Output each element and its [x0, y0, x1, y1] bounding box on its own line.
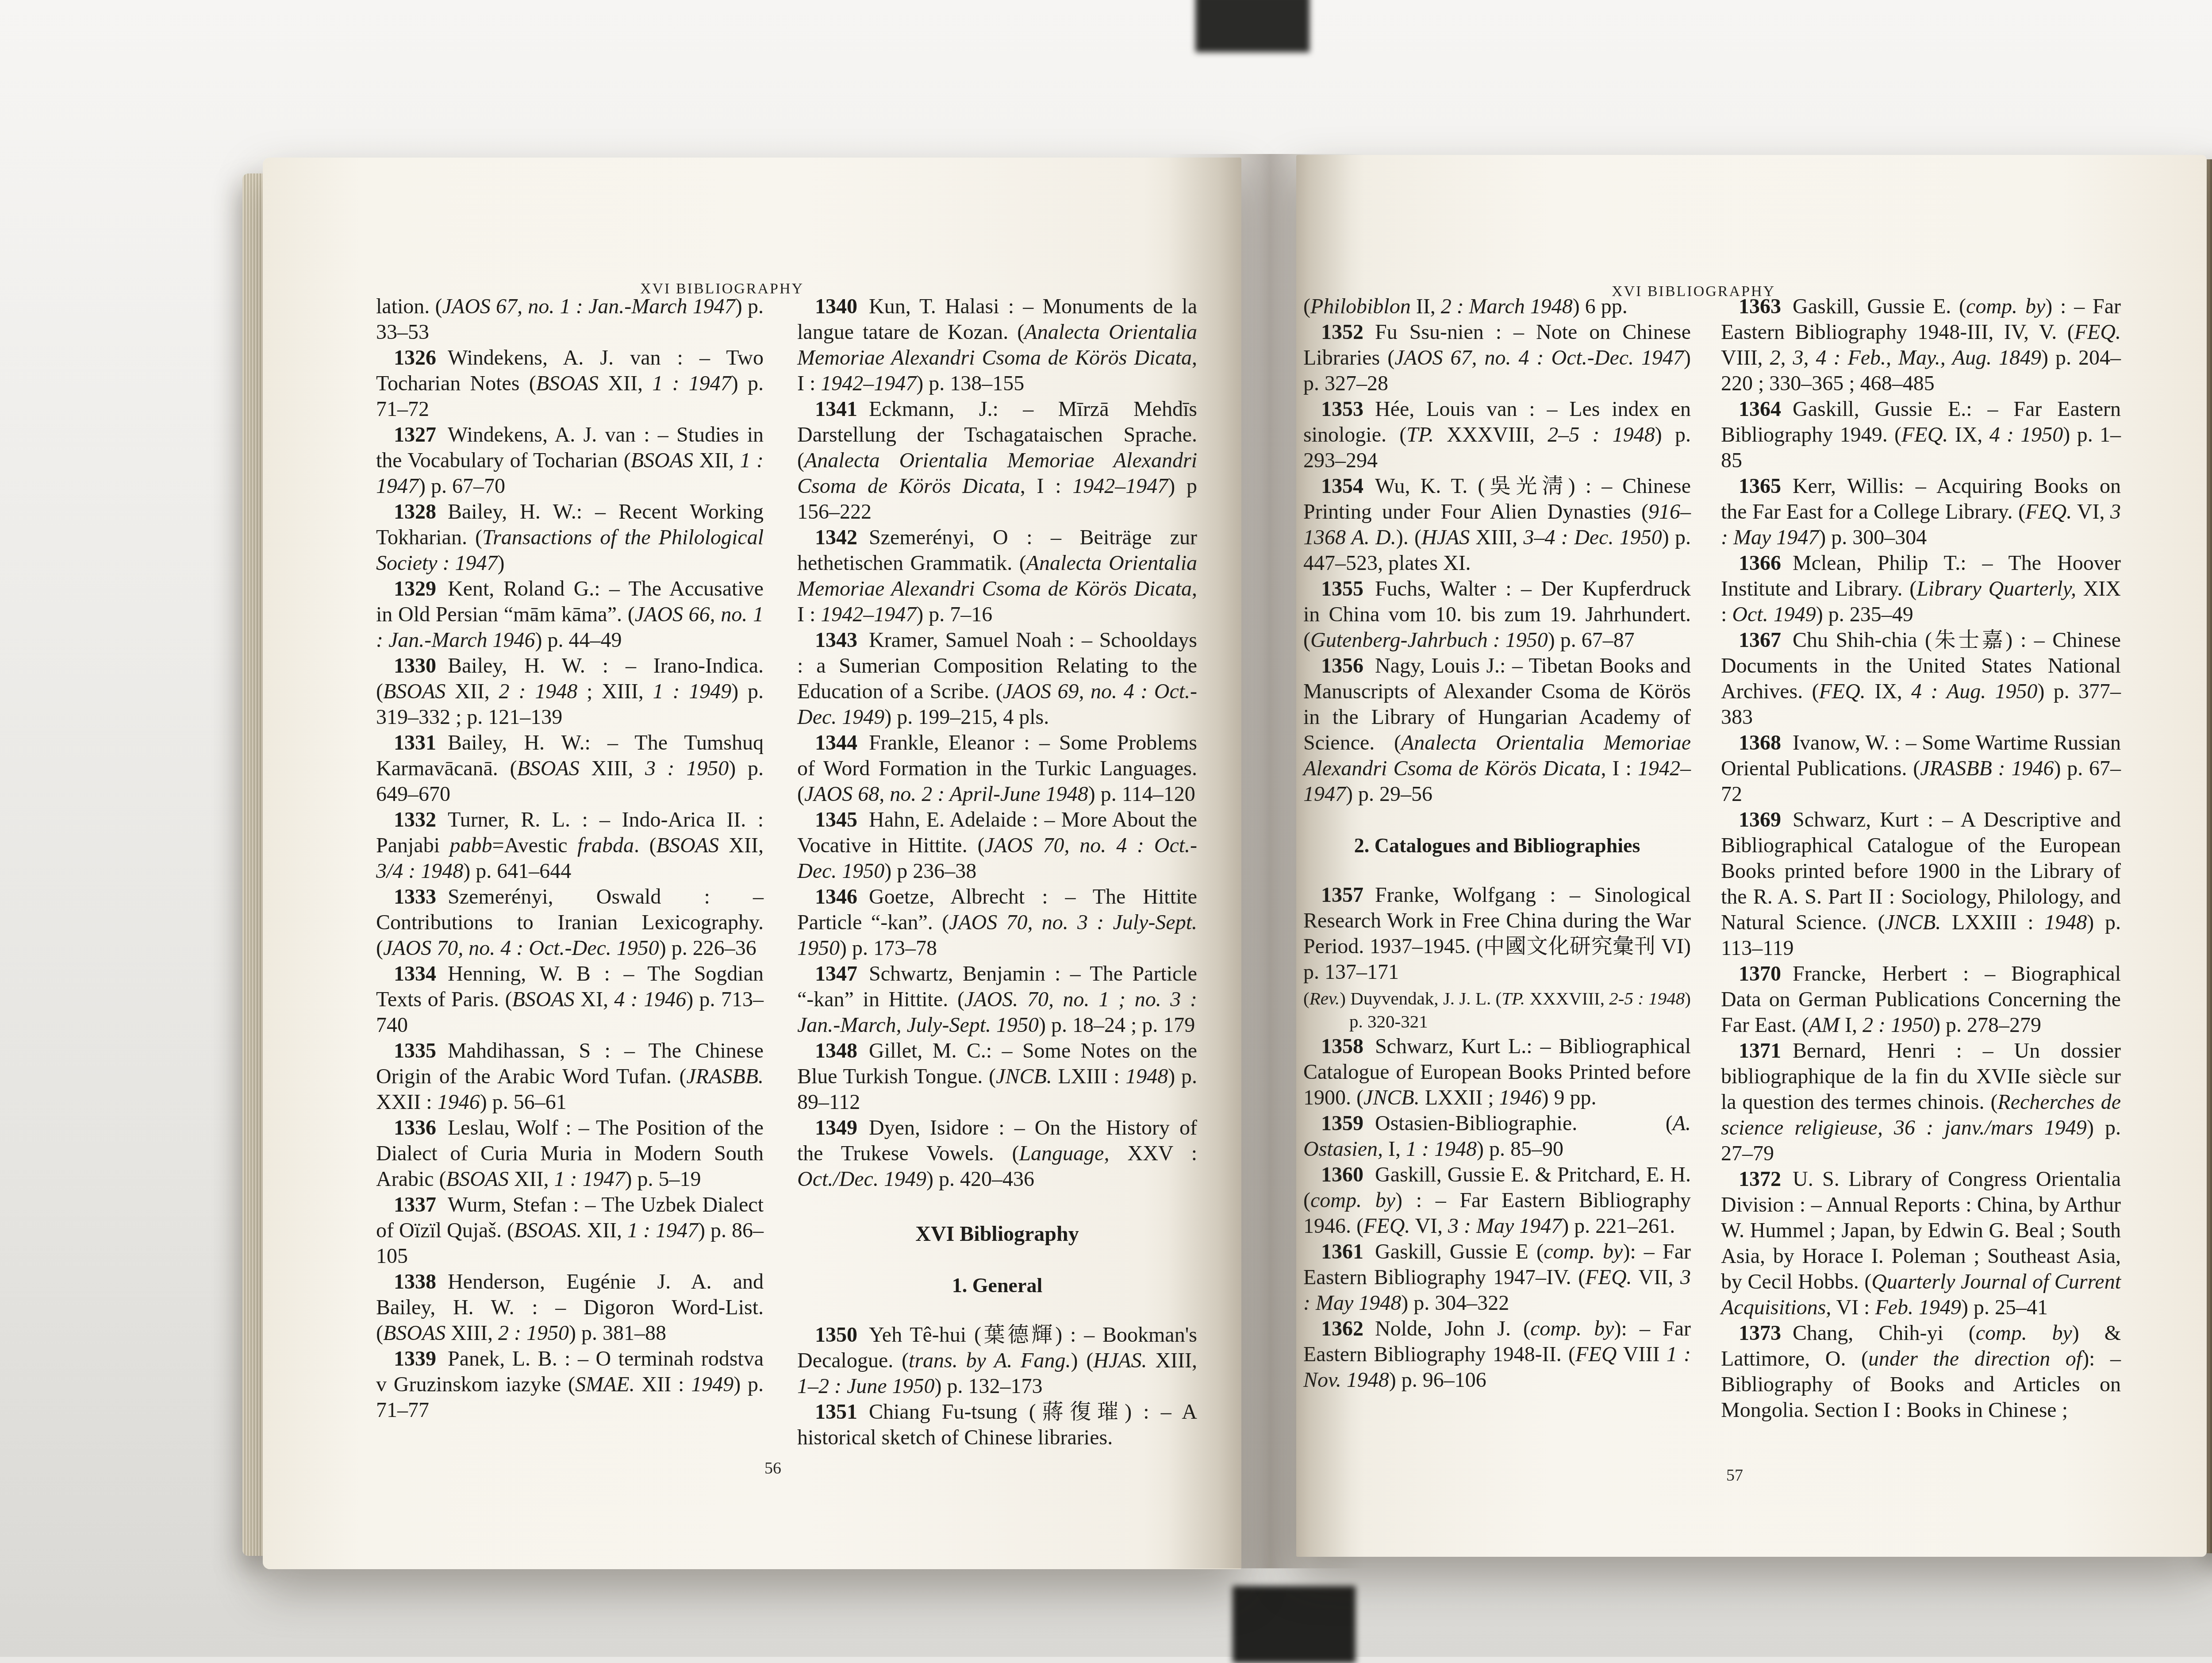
- bib-entry: 1334Henning, W. B : – The Sogdian Texts …: [376, 961, 764, 1038]
- bib-entry: 1326Windekens, A. J. van : – Two Tochari…: [376, 345, 764, 422]
- bib-entry: 1329Kent, Roland G.: – The Accusative in…: [376, 576, 764, 653]
- entry-number: 1359: [1321, 1112, 1363, 1135]
- entry-number: 1373: [1739, 1321, 1781, 1345]
- bib-entry: 1356Nagy, Louis J.: – Tibetan Books and …: [1303, 653, 1691, 807]
- bib-entry: 1350Yeh Tê-hui (葉德輝) : – Bookman's Decal…: [797, 1322, 1197, 1399]
- entry-number: 1334: [394, 962, 436, 985]
- bib-entry: 1333Szemerényi, Oswald : – Contributions…: [376, 884, 764, 961]
- entry-number: 1332: [394, 808, 436, 831]
- entry-number: 1362: [1321, 1317, 1363, 1340]
- entry-continuation: lation. (JAOS 67, no. 1 : Jan.-March 194…: [376, 294, 764, 345]
- bib-entry: 1344Frankle, Eleanor : – Some Problems o…: [797, 730, 1197, 807]
- review-note: (Rev.) Duyvendak, J. J. L. (TP. XXXVIII,…: [1303, 987, 1691, 1033]
- bib-entry: 1340Kun, T. Halasi : – Monuments de la l…: [797, 294, 1197, 397]
- entry-number: 1364: [1739, 397, 1781, 421]
- right-page-column-1: (Philobiblon II, 2 : March 1948) 6 pp.13…: [1303, 294, 1691, 1393]
- bib-entry: 1337Wurm, Stefan : – The Uzbek Dialect o…: [376, 1192, 764, 1269]
- entry-number: 1365: [1739, 474, 1781, 498]
- bib-entry: 1353Hée, Louis van : – Les index en sino…: [1303, 397, 1691, 473]
- book-stand-bar-bottom: [1233, 1586, 1356, 1657]
- bib-entry: 1371Bernard, Henri : – Un dossier biblio…: [1721, 1038, 2121, 1166]
- left-page-column-1: lation. (JAOS 67, no. 1 : Jan.-March 194…: [376, 294, 764, 1423]
- page-number-right: 57: [1726, 1466, 1743, 1485]
- entry-number: 1353: [1321, 397, 1363, 421]
- entry-number: 1357: [1321, 883, 1363, 907]
- entry-number: 1356: [1321, 654, 1363, 678]
- bib-entry: 1368Ivanow, W. : – Some Wartime Russian …: [1721, 730, 2121, 807]
- entry-number: 1331: [394, 731, 436, 755]
- bib-entry: 1373Chang, Chih-yi (comp. by) & Lattimor…: [1721, 1320, 2121, 1423]
- bib-entry: 1369Schwarz, Kurt : – A Descriptive and …: [1721, 807, 2121, 961]
- entry-number: 1346: [815, 885, 857, 908]
- entry-number: 1337: [394, 1193, 436, 1216]
- entry-number: 1369: [1739, 808, 1781, 831]
- bib-entry: 1328Bailey, H. W.: – Recent Working Tokh…: [376, 499, 764, 576]
- bib-entry: 1365Kerr, Willis: – Acquiring Books on t…: [1721, 473, 2121, 550]
- bib-entry: 1351Chiang Fu-tsung (蔣復璀) : – A historic…: [797, 1399, 1197, 1451]
- entry-number: 1328: [394, 500, 436, 524]
- bib-entry: 1357Franke, Wolfgang : – Sinological Res…: [1303, 882, 1691, 985]
- entry-number: 1336: [394, 1116, 436, 1139]
- bib-entry: 1363Gaskill, Gussie E. (comp. by) : – Fa…: [1721, 294, 2121, 397]
- entry-number: 1371: [1739, 1039, 1781, 1062]
- section-heading: XVI Bibliography: [797, 1221, 1197, 1247]
- bib-entry: 1341Eckmann, J.: – Mīrzā Mehdīs Darstell…: [797, 397, 1197, 525]
- entry-number: 1370: [1739, 962, 1781, 985]
- entry-number: 1363: [1739, 295, 1781, 318]
- entry-number: 1360: [1321, 1163, 1363, 1186]
- entry-number: 1361: [1321, 1240, 1363, 1263]
- entry-number: 1335: [394, 1039, 436, 1062]
- entry-number: 1333: [394, 885, 436, 908]
- bib-entry: 1348Gillet, M. C.: – Some Notes on the B…: [797, 1038, 1197, 1115]
- right-page-column-2: 1363Gaskill, Gussie E. (comp. by) : – Fa…: [1721, 294, 2121, 1423]
- bib-entry: 1362Nolde, John J. (comp. by): – Far Eas…: [1303, 1316, 1691, 1393]
- entry-number: 1355: [1321, 577, 1363, 601]
- bib-entry: 1352Fu Ssu-nien : – Note on Chinese Libr…: [1303, 320, 1691, 397]
- entry-number: 1329: [394, 577, 436, 601]
- bib-entry: 1359Ostasien-Bibliographie. (A. Ostasien…: [1303, 1111, 1691, 1162]
- bib-entry: 1343Kramer, Samuel Noah : – Schooldays :…: [797, 627, 1197, 730]
- entry-number: 1342: [815, 526, 857, 549]
- entry-number: 1347: [815, 962, 857, 985]
- bib-entry: 1364Gaskill, Gussie E.: – Far Eastern Bi…: [1721, 397, 2121, 473]
- bib-entry: 1335Mahdihassan, S : – The Chinese Origi…: [376, 1038, 764, 1115]
- entry-number: 1358: [1321, 1035, 1363, 1058]
- bib-entry: 1339Panek, L. B. : – O terminah rodstva …: [376, 1346, 764, 1423]
- bib-entry: 1366Mclean, Philip T.: – The Hoover Inst…: [1721, 550, 2121, 627]
- entry-number: 1350: [815, 1323, 857, 1347]
- bib-entry: 1345Hahn, E. Adelaide : – More About the…: [797, 807, 1197, 884]
- bib-entry: 1360Gaskill, Gussie E. & Pritchard, E. H…: [1303, 1162, 1691, 1239]
- bib-entry: 1372U. S. Library of Congress Orientalia…: [1721, 1166, 2121, 1320]
- bib-entry: 1342Szemerényi, O : – Beiträge zur hethe…: [797, 525, 1197, 627]
- bib-entry: 1336Leslau, Wolf : – The Position of the…: [376, 1115, 764, 1192]
- page-number-left: 56: [764, 1459, 781, 1478]
- entry-number: 1330: [394, 654, 436, 678]
- entry-number: 1339: [394, 1347, 436, 1370]
- entry-number: 1326: [394, 346, 436, 370]
- bib-entry: 1346Goetze, Albrecht : – The Hittite Par…: [797, 884, 1197, 961]
- entry-number: 1340: [815, 295, 857, 318]
- subsection-heading: 1. General: [797, 1273, 1197, 1298]
- bib-entry: 1355Fuchs, Walter : – Der Kupferdruck in…: [1303, 576, 1691, 653]
- bib-entry: 1361Gaskill, Gussie E (comp. by): – Far …: [1303, 1239, 1691, 1316]
- entry-number: 1344: [815, 731, 857, 755]
- bib-entry: 1347Schwartz, Benjamin : – The Particle …: [797, 961, 1197, 1038]
- entry-number: 1367: [1739, 628, 1781, 652]
- entry-number: 1327: [394, 423, 436, 447]
- entry-number: 1338: [394, 1270, 436, 1293]
- subsection-heading: 2. Catalogues and Bibliographies: [1303, 833, 1691, 858]
- bib-entry: 1338Henderson, Eugénie J. A. and Bailey,…: [376, 1269, 764, 1346]
- entry-number: 1348: [815, 1039, 857, 1062]
- bib-entry: 1367Chu Shih-chia (朱士嘉) : – Chinese Docu…: [1721, 627, 2121, 730]
- bib-entry: 1330Bailey, H. W. : – Irano-Indica. (BSO…: [376, 653, 764, 730]
- bib-entry: 1332Turner, R. L. : – Indo-Arica II. : P…: [376, 807, 764, 884]
- entry-number: 1341: [815, 397, 857, 421]
- entry-number: 1354: [1321, 474, 1363, 498]
- bib-entry: 1331Bailey, H. W.: – The Tumshuq Karmavā…: [376, 730, 764, 807]
- book-stand-bar-top: [1195, 0, 1310, 52]
- left-page-column-2: 1340Kun, T. Halasi : – Monuments de la l…: [797, 294, 1197, 1451]
- entry-continuation: (Philobiblon II, 2 : March 1948) 6 pp.: [1303, 294, 1691, 320]
- entry-number: 1366: [1739, 551, 1781, 575]
- entry-number: 1343: [815, 628, 857, 652]
- bib-entry: 1327Windekens, A. J. van : – Studies in …: [376, 422, 764, 499]
- bib-entry: 1370Francke, Herbert : – Biographical Da…: [1721, 961, 2121, 1038]
- bib-entry: 1354Wu, K. T. (吳光淸) : – Chinese Printing…: [1303, 473, 1691, 576]
- entry-number: 1345: [815, 808, 857, 831]
- entry-number: 1351: [815, 1400, 857, 1424]
- bib-entry: 1349Dyen, Isidore : – On the History of …: [797, 1115, 1197, 1192]
- entry-number: 1352: [1321, 320, 1363, 344]
- entry-number: 1372: [1739, 1167, 1781, 1191]
- entry-number: 1368: [1739, 731, 1781, 755]
- bib-entry: 1358Schwarz, Kurt L.: – Bibliographical …: [1303, 1034, 1691, 1111]
- entry-number: 1349: [815, 1116, 857, 1139]
